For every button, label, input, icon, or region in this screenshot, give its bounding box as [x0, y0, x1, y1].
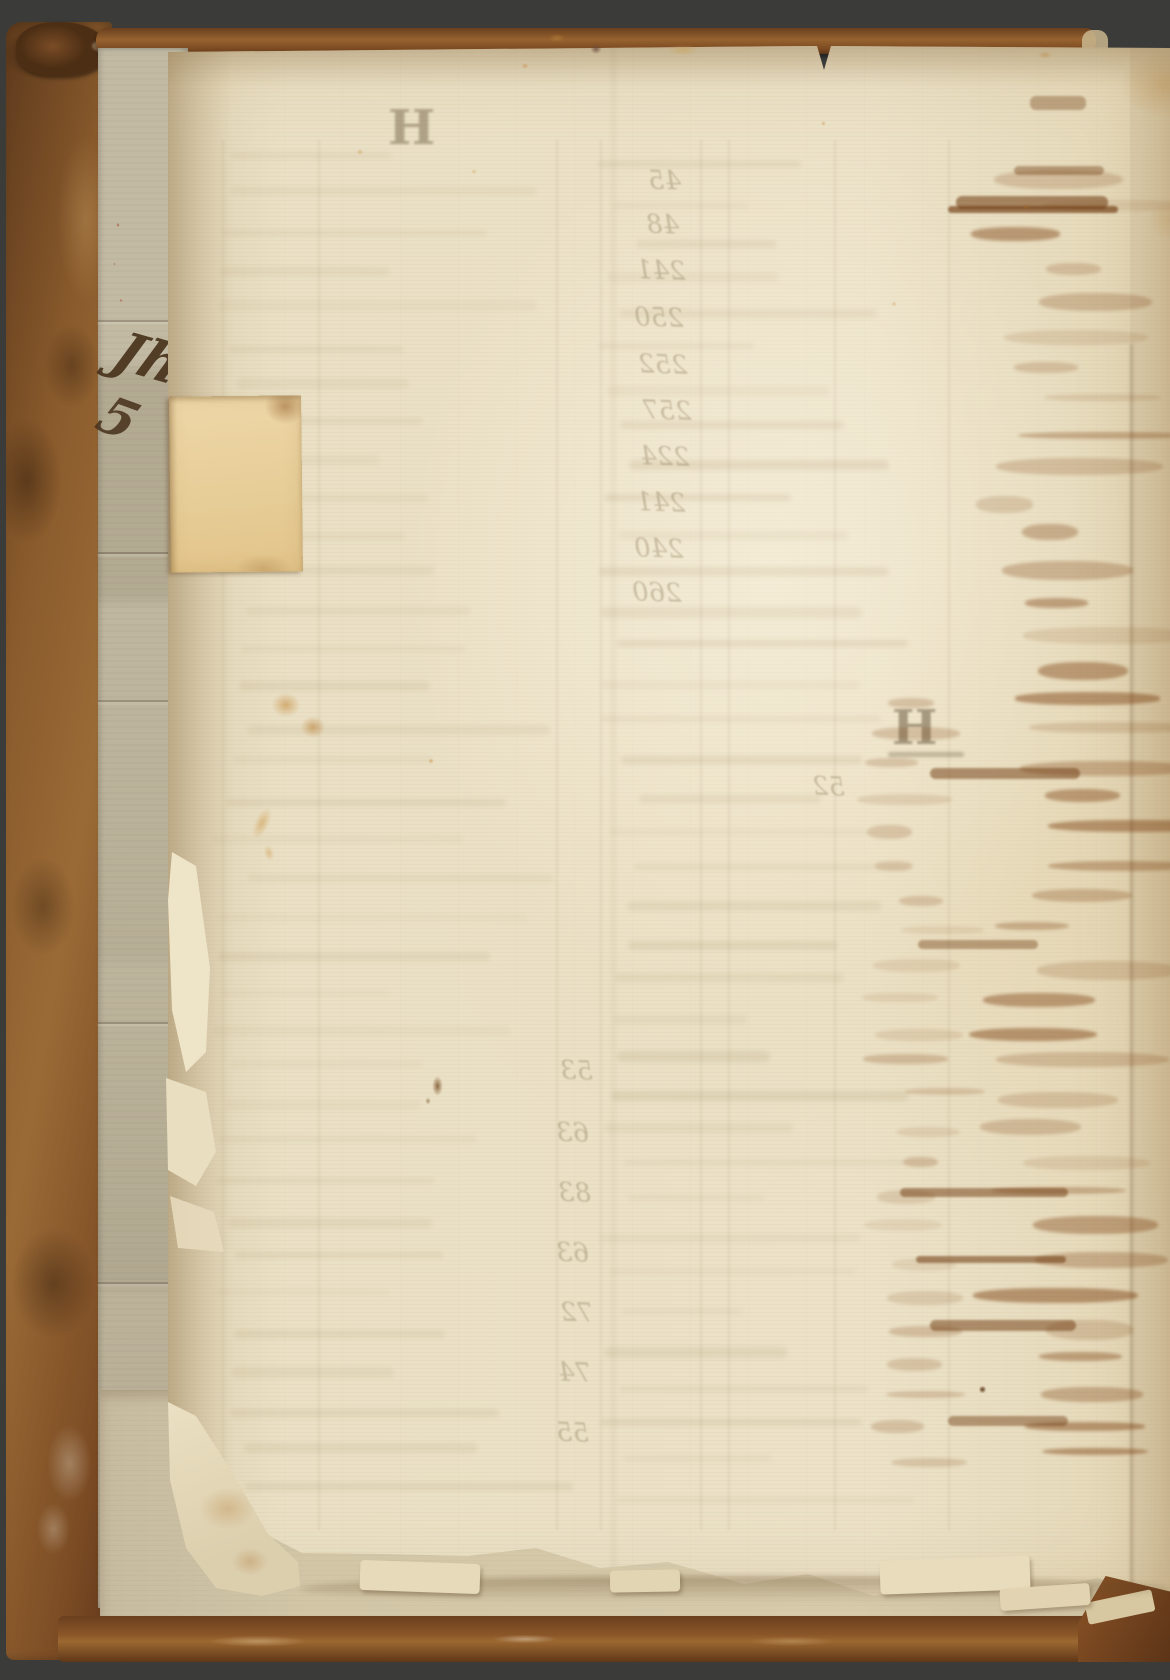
ink-smear-accent [930, 1320, 1076, 1331]
ink-smear [1039, 293, 1153, 311]
ink-smear [1044, 394, 1161, 401]
paper-scrap-bottom-right [1084, 1589, 1155, 1625]
leather-bottom-edge [58, 1616, 1170, 1662]
inscription-glyph-1: Jh [103, 320, 194, 396]
bleed-text-line [234, 1330, 446, 1338]
ink-smear [1043, 200, 1170, 210]
ink-smear [1035, 1252, 1168, 1268]
foxing-spot [977, 1384, 988, 1395]
bleed-text-line [218, 952, 491, 961]
ink-smear [865, 758, 918, 766]
ink-smear [1025, 598, 1088, 607]
bleed-text-line [246, 607, 469, 615]
foxing-spot [662, 42, 704, 58]
bleed-text-line [599, 567, 889, 575]
ink-smear [992, 1187, 1126, 1194]
bleed-text-line [218, 1136, 477, 1142]
bleed-text-line [226, 799, 506, 806]
bleed-text-line [627, 1195, 764, 1200]
ink-smear [889, 1326, 961, 1337]
ink-smear [1015, 692, 1161, 704]
bleed-text-line [235, 1252, 443, 1257]
ink-smear [857, 794, 952, 805]
ink-smear-accent [900, 1188, 1068, 1197]
bleed-column-rule [318, 140, 320, 1530]
ink-smear [887, 1358, 942, 1371]
ink-smear [1032, 889, 1132, 902]
bleed-text-line [213, 1026, 511, 1036]
foxing-spot [424, 1096, 432, 1106]
bleed-text-line [215, 566, 433, 575]
bleed-text-line [620, 421, 844, 429]
foxing-spot [520, 62, 530, 70]
ink-smear [1020, 761, 1170, 776]
bleed-text-line [228, 1218, 432, 1229]
foxing-spot [266, 688, 306, 722]
bleed-numeral: 250 [633, 302, 684, 334]
ink-smear [973, 1288, 1138, 1303]
bleed-text-line [619, 309, 876, 318]
ink-smear-accent [916, 1256, 1066, 1263]
bleed-text-line [604, 494, 791, 500]
ink-smear [863, 1054, 948, 1064]
bleed-text-line [232, 756, 433, 763]
leather-corner-bottom-right [1078, 1576, 1170, 1662]
bleed-text-line [601, 607, 862, 618]
ink-smear [1037, 961, 1170, 980]
bleed-text-line [604, 1347, 786, 1358]
ink-smear [886, 1391, 965, 1398]
bleed-text-line [247, 725, 550, 734]
bleed-text-line [220, 267, 390, 275]
leather-corner-knob [16, 22, 108, 76]
bleed-text-line [617, 1051, 770, 1062]
page-top-edge-shadow [168, 44, 1170, 86]
inscription-glyph-2: 5 [87, 385, 150, 452]
ink-inscription: Jh 5 [100, 320, 186, 480]
bleed-text-line [599, 1234, 860, 1242]
bleed-text-line [218, 300, 536, 311]
bleed-text-line [628, 941, 839, 950]
ink-smear [875, 861, 914, 871]
bleed-numeral: 48 [645, 209, 679, 240]
bleedthrough-letter-h-middle: H [892, 700, 937, 756]
bleed-text-line [611, 1091, 909, 1101]
ink-smear [998, 1092, 1118, 1108]
bleed-text-line [230, 152, 392, 158]
bleed-numeral: 53 [559, 1055, 593, 1086]
bleed-text-line [612, 203, 748, 208]
ink-smear-accent [948, 1416, 1068, 1426]
ink-smear [867, 825, 912, 839]
bleed-text-line [639, 795, 821, 803]
ink-smear-accent [918, 940, 1038, 949]
foxing-spot [259, 841, 278, 866]
ink-smear [1029, 722, 1170, 733]
foxing-layer [0, 0, 1170, 1680]
bleed-text-line [607, 386, 829, 396]
flyleaf-tear-line [98, 700, 188, 702]
ink-smear [1004, 330, 1149, 346]
torn-edge-flap-left-3 [166, 1194, 226, 1256]
bleed-column-rule [222, 140, 224, 1530]
bleed-text-line [629, 460, 890, 470]
ink-smear [877, 1190, 935, 1204]
ink-smear [1038, 662, 1128, 680]
bleed-text-line [212, 835, 463, 843]
flyleaf-tear-line [98, 552, 188, 554]
bleedthrough-underline [888, 752, 964, 757]
smear-layer [0, 0, 1170, 1680]
bleed-text-line [601, 681, 860, 688]
ink-smear [995, 922, 1069, 930]
bleed-text-line [230, 187, 537, 196]
ink-smear [1025, 1422, 1146, 1431]
bleed-text-line [220, 991, 392, 996]
torn-edge-tab [879, 1555, 1030, 1594]
ink-smear [887, 1291, 963, 1305]
ink-smear [1002, 561, 1133, 580]
ink-smear [971, 227, 1060, 241]
torn-corner-curl [160, 1392, 310, 1604]
ink-smear [896, 1127, 961, 1138]
bleed-text-line [225, 455, 380, 466]
pastedown-bottom [100, 1390, 1170, 1642]
foxing-spot [545, 32, 569, 44]
ink-smear [901, 926, 984, 934]
ink-smear [1046, 263, 1101, 275]
foxing-spot [588, 42, 604, 56]
ink-smear [888, 698, 934, 708]
bleed-text-line [604, 1123, 794, 1133]
bleed-text-line [245, 1482, 573, 1491]
bleed-numeral: 241 [635, 255, 686, 287]
bleed-text-line [609, 829, 867, 835]
torn-edge-tab [360, 1560, 481, 1594]
bleed-text-line [624, 1160, 904, 1165]
ink-smear [892, 1258, 956, 1271]
ink-smear [1042, 1448, 1148, 1456]
bleed-text-line [215, 1289, 390, 1296]
foxing-spot [430, 1072, 445, 1100]
ink-smear [980, 1119, 1081, 1136]
bleed-text-line [622, 1309, 742, 1314]
bleed-numeral: 45 [647, 165, 681, 196]
ink-smear [1033, 1216, 1158, 1234]
ink-smear-accent [956, 196, 1108, 209]
ink-smear-accent [1030, 96, 1086, 110]
bleed-text-line [239, 533, 405, 539]
flyleaf-tear-line [98, 320, 188, 322]
bleed-text-line [627, 901, 882, 911]
foxing-spot [820, 120, 827, 127]
bleed-text-line [620, 1386, 868, 1391]
bleed-text-line [607, 272, 780, 282]
rules-layer [0, 0, 1170, 1680]
ink-smear [1048, 861, 1170, 871]
bleed-numeral: 257 [641, 395, 692, 427]
bleed-column-rule [600, 140, 602, 1530]
ink-smear [983, 993, 1095, 1007]
ink-smear [1022, 524, 1077, 540]
page-fore-edge-line [1130, 344, 1133, 1594]
bleed-text-line [230, 1060, 423, 1068]
bleed-text-line [236, 378, 408, 389]
ink-smear [1046, 1320, 1134, 1340]
foxing-spot [1022, 203, 1030, 211]
bleed-text-line [230, 1409, 499, 1417]
bleedthrough-letter-h-top: H [388, 99, 435, 155]
bleed-text-line [598, 161, 800, 166]
ink-smear [872, 727, 960, 740]
ink-smear [994, 170, 1123, 190]
flyleaf-tear-line [98, 1022, 188, 1024]
bleed-text-line [634, 864, 909, 870]
ink-smear [969, 1028, 1097, 1042]
ink-smear [903, 1157, 938, 1167]
torn-edge-flap-left-2 [162, 1076, 218, 1188]
bleed-numeral: 224 [639, 441, 690, 473]
foxing-spot [1035, 50, 1055, 60]
pasted-label [169, 395, 303, 572]
bleed-text-line [244, 494, 429, 503]
bleed-numeral: 240 [633, 533, 684, 565]
foxing-spot [1100, 40, 1170, 130]
ink-smear [1045, 789, 1120, 802]
ink-smear [873, 959, 961, 972]
bleed-text-line [621, 756, 862, 764]
bleed-text-line [614, 1015, 746, 1023]
manuscript-page [168, 44, 1170, 1604]
bleed-numeral: 83 [557, 1177, 591, 1208]
book-scan-photo: Jh 5 45482412502522572242412402605253638… [0, 0, 1170, 1680]
ink-smear [996, 458, 1162, 475]
leather-top-edge [96, 28, 1096, 54]
bleed-text-line [248, 874, 554, 883]
ink-smear [891, 1458, 966, 1468]
ink-smear-accent [930, 768, 1080, 779]
bleed-text-line [231, 1367, 394, 1377]
ink-smear [905, 1088, 985, 1095]
ink-smear [976, 496, 1033, 513]
bleed-text-line [617, 640, 907, 647]
bleed-column-rule [948, 140, 950, 1530]
torn-edge-flap-left-1 [168, 850, 216, 1076]
ink-smear [1041, 1387, 1144, 1402]
bleed-text-line [242, 646, 465, 653]
bleed-text-line [220, 418, 423, 424]
flyleaf-strip [98, 48, 188, 1608]
foxing-spot [119, 298, 123, 303]
ink-smear [864, 1219, 942, 1232]
foxing-spot [890, 300, 898, 308]
bleed-text-line [598, 343, 754, 349]
bleed-text-line [600, 1419, 863, 1425]
ink-smear [1039, 1352, 1122, 1361]
bleed-text-line [239, 681, 430, 691]
page-bottom-shadow [300, 1576, 1170, 1602]
leather-spine [6, 22, 112, 1660]
bleed-text-line [609, 1269, 855, 1274]
bleed-numeral: 63 [555, 1117, 589, 1148]
ink-smear-accent [1014, 166, 1104, 175]
foxing-spot [1140, 190, 1170, 250]
bleed-lines-layer [0, 0, 1170, 1680]
bleed-numeral: 72 [559, 1297, 593, 1328]
page-fore-edge-tint [1130, 44, 1170, 1604]
ink-smear [862, 993, 939, 1002]
ink-smear [1023, 1156, 1150, 1170]
ink-smear [1018, 432, 1170, 439]
ink-smear [1023, 627, 1170, 644]
bleed-text-line [225, 1100, 421, 1110]
page-vertical-crease [612, 44, 615, 1584]
bleed-column-rule [556, 140, 558, 1530]
torn-edge-tab [999, 1583, 1090, 1611]
ink-smear [996, 1052, 1169, 1067]
bleed-numeral: 63 [555, 1237, 589, 1268]
bleed-text-line [618, 531, 848, 540]
bleed-numeral: 74 [557, 1357, 591, 1388]
foxing-spot [116, 222, 120, 228]
bleed-numeral: 252 [637, 349, 688, 381]
foxing-spot [113, 262, 116, 266]
bleed-text-line [616, 1497, 914, 1503]
ink-smear [899, 896, 942, 906]
torn-edge-tab [610, 1569, 680, 1592]
bleed-text-line [623, 1456, 771, 1462]
bleed-text-line [217, 914, 527, 921]
bleed-numeral: 52 [811, 771, 845, 802]
foxing-spot [470, 168, 478, 175]
page-gutter-shadow [168, 44, 232, 1604]
bleed-text-line [615, 973, 845, 982]
foxing-spot [296, 712, 330, 742]
foxing-spot [427, 757, 435, 765]
bleed-numeral: 241 [635, 487, 686, 519]
ink-smear [1048, 820, 1170, 832]
ink-smear [1014, 362, 1078, 373]
bleed-numeral: 260 [631, 577, 682, 609]
bleed-column-rule [700, 140, 702, 1530]
bleed-numeral: 55 [555, 1417, 589, 1448]
numerals-layer: 4548241250252257224241240260525363836372… [0, 0, 1170, 1680]
ink-smear-accent [948, 206, 1118, 213]
ink-smear [871, 1420, 924, 1433]
foxing-spot [243, 798, 281, 848]
bleed-text-line [222, 230, 487, 235]
bleed-text-line [244, 1443, 479, 1452]
bleed-text-line [228, 346, 404, 354]
flyleaf-tear-line [98, 1282, 188, 1284]
bleed-column-rule [834, 140, 836, 1530]
bleed-column-rule [728, 140, 730, 1530]
bleed-text-line [636, 240, 777, 248]
bleed-text-line [216, 1178, 435, 1183]
ink-smear [875, 1029, 963, 1041]
leather-knob-scuff [92, 38, 134, 54]
foxing-spot [355, 148, 365, 156]
leather-top-endcap [1082, 30, 1108, 56]
bleed-text-line [601, 716, 881, 723]
